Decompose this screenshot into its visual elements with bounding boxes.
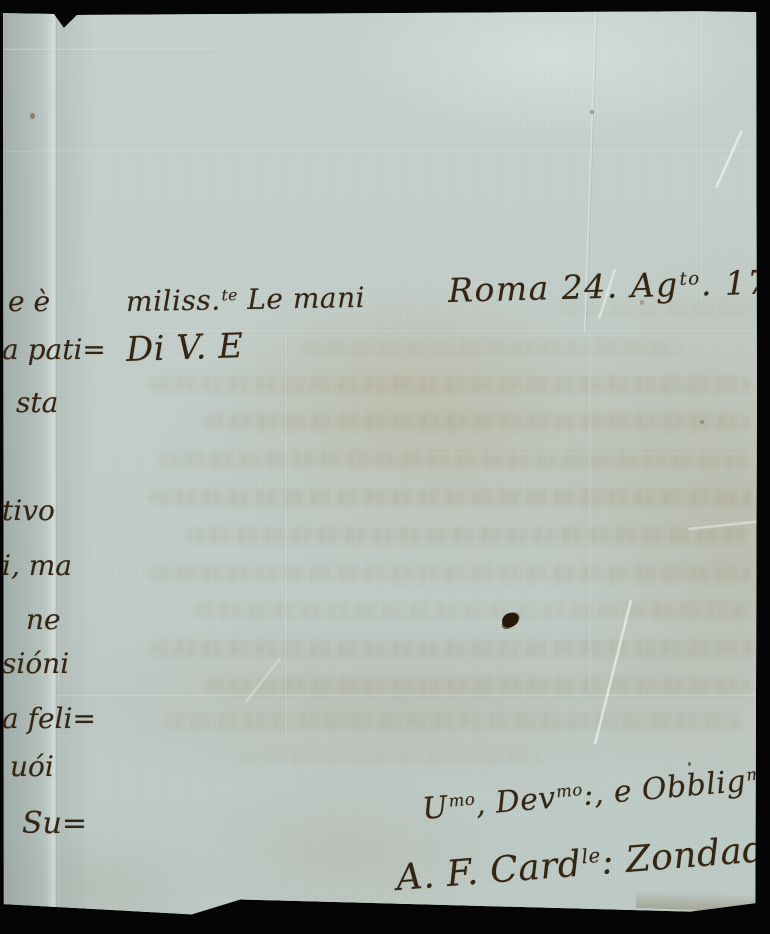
page-gutter-shadow [58,0,94,934]
bleedthrough-row [185,527,750,544]
text-segment: , Dev [474,780,557,822]
text-segment: U [421,790,450,827]
text-segment: Le mani [238,281,366,316]
margin-fragment: Su= [22,806,87,841]
margin-fragment: i, ma [2,549,72,582]
bleedthrough-row [240,748,540,765]
fold-crease-horizontal [420,452,757,455]
bleedthrough-row [195,602,750,619]
signature-name-line: A. F. Cardle: Zondadári [395,825,770,899]
bleedthrough-row [150,489,755,506]
paper-speck [700,420,704,424]
text-segment: : Zondadári [600,825,770,883]
paper-scratch [715,130,742,187]
closing-formula-line: Di V. E [125,326,244,370]
text-segment: A. F. Card [395,844,583,899]
bleedthrough-row [165,713,740,730]
text-segment: . 1726. [700,261,770,303]
text-segment: :, e Obblig [582,764,748,813]
margin-fragment: e è [8,285,50,318]
margin-fragment: sta [16,386,58,419]
margin-fragment: tivo [2,494,55,527]
superscript-abbreviation: mo [555,780,583,801]
superscript-abbreviation: mo [746,764,770,785]
fold-crease-vertical [57,12,60,907]
fold-crease-horizontal [58,694,758,697]
fold-crease-vertical [285,330,288,740]
letter-page: e èa pati=stativoi, manesiónia feli=uóiS… [0,0,770,934]
superscript-abbreviation: le [581,844,602,868]
fold-crease-vertical [589,332,592,692]
closing-formula-line: miliss.te Le mani [126,281,366,318]
text-segment: miliss. [126,283,221,318]
bleedthrough-row [150,376,750,393]
folded-corner-shadow [636,890,761,912]
paper-speck [30,113,35,119]
fold-crease-horizontal [3,48,213,51]
letter-scan-photo: e èa pati=stativoi, manesiónia feli=uóiS… [0,0,770,934]
facing-page-edge [0,0,58,934]
superscript-abbreviation: mo [448,790,476,811]
bleedthrough-row [150,565,750,582]
margin-fragment: uói [10,750,54,783]
margin-fragment: sióni [2,647,69,680]
margin-fragment: a feli= [2,702,96,735]
text-segment: Di V. E [125,326,244,370]
bleedthrough-row [150,640,755,657]
paper-speck [688,762,691,766]
superscript-abbreviation: te [221,286,238,304]
text-segment: Roma 24. Ag [448,265,680,310]
fold-crease-horizontal [3,150,757,153]
dateline: Roma 24. Agto. 1726. [448,261,770,310]
margin-fragment: a pati= [2,333,106,366]
paper-speck [590,110,594,114]
bleedthrough-row [300,339,680,356]
superscript-abbreviation: to [679,268,701,290]
fold-crease-vertical [701,12,704,302]
margin-fragment: ne [26,603,61,636]
